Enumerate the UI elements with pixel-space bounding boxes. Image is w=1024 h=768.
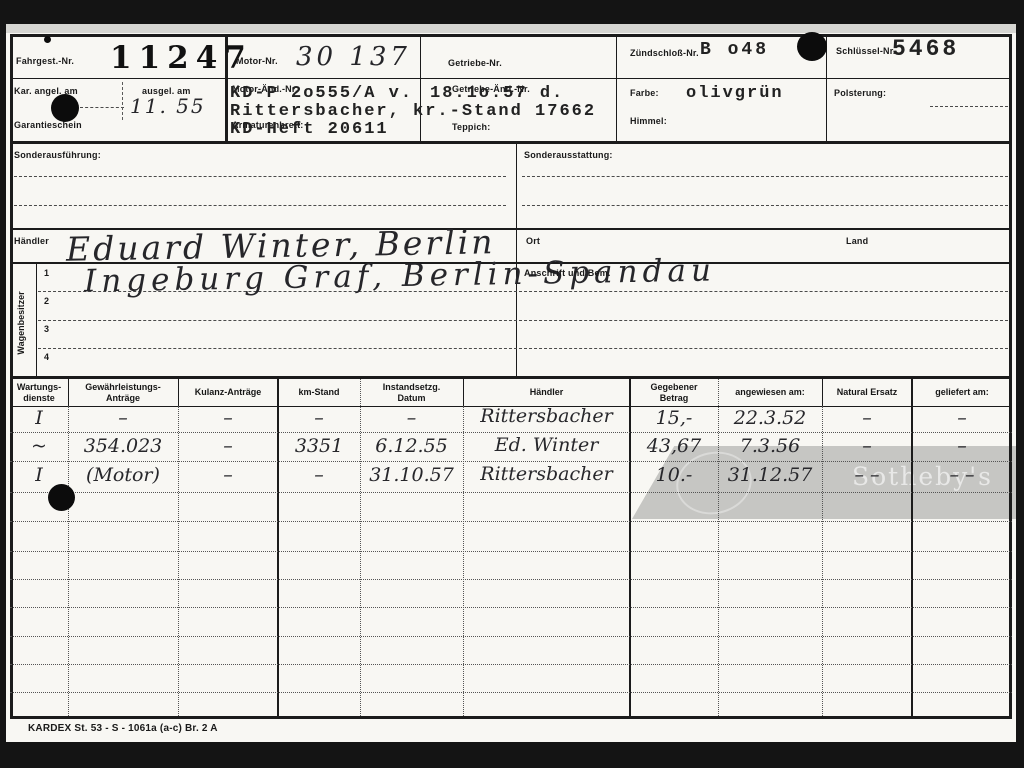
- table-row-line: [10, 551, 1012, 552]
- writing-line: [14, 205, 506, 206]
- cell-natural: – –: [822, 464, 912, 491]
- writing-line: [14, 176, 506, 177]
- frame-bottom-line: [10, 716, 1012, 719]
- col-header-kulanz: Kulanz-Anträge: [178, 380, 278, 406]
- cell-datum: –: [360, 407, 463, 434]
- cell-angewiesen: 22.3.52: [718, 407, 822, 434]
- cell-kulanz: –: [178, 435, 278, 462]
- cell-betrag: 15,-: [630, 407, 718, 434]
- cell-km: –: [278, 407, 360, 434]
- divider-line: [122, 82, 123, 120]
- cell-betrag: 43,67: [630, 435, 718, 462]
- cell-datum: 31.10.57: [360, 464, 463, 491]
- motor-nr-value: 30 137: [296, 42, 411, 72]
- cell-natural: –: [822, 407, 912, 434]
- zuendschloss-label: Zündschloß-Nr.: [630, 48, 699, 59]
- col-header-natural-ersatz: Natural Ersatz: [822, 380, 912, 406]
- cell-kulanz: –: [178, 407, 278, 434]
- table-row-line: [10, 636, 1012, 637]
- haendler-label: Händler: [14, 236, 49, 247]
- col-header-haendler: Händler: [463, 380, 630, 406]
- typed-rittersbacher-line: Rittersbacher, kr.-Stand 17662: [230, 102, 596, 121]
- sonderausstattung-label: Sonderausstattung:: [524, 150, 613, 161]
- schluessel-value: 5468: [892, 36, 959, 62]
- table-row-line: [10, 579, 1012, 580]
- land-label: Land: [846, 236, 868, 247]
- frame-top-line: [10, 34, 1012, 37]
- motor-nr-label: Motor-Nr.: [236, 56, 278, 67]
- writing-line: [930, 106, 1008, 107]
- cell-gewaehr: 354.023: [68, 435, 178, 462]
- cell-wartung: ~: [10, 435, 68, 462]
- writing-line: [80, 107, 124, 108]
- fahrgest-label: Fahrgest.-Nr.: [16, 56, 74, 67]
- divider-line: [420, 36, 421, 142]
- ausgel-value: 11. 55: [130, 94, 206, 118]
- cell-geliefert: –: [912, 407, 1012, 434]
- fahrgest-value: 11247: [110, 40, 253, 76]
- polsterung-label: Polsterung:: [834, 88, 886, 99]
- table-row-line: [10, 664, 1012, 665]
- cell-km: 3351: [278, 435, 360, 462]
- teppich-label: Teppich:: [452, 122, 490, 133]
- hole-punch-dot: [797, 32, 827, 61]
- hole-punch-dot: [51, 94, 79, 122]
- cell-haendler: Ed. Winter: [463, 434, 630, 461]
- cell-datum: 6.12.55: [360, 435, 463, 462]
- hole-punch-dot: [48, 484, 75, 511]
- cell-geliefert: – –: [912, 464, 1012, 491]
- scanned-kardex-page: Sotheby's Fahrgest.-: [0, 0, 1024, 768]
- divider-line: [10, 141, 1012, 144]
- anschrift-label: Anschrift und Bem.: [524, 268, 611, 279]
- typed-kd-heft-line: KD-Heft 20611: [230, 120, 389, 139]
- wagenbesitzer-side-label: Wagenbesitzer: [6, 268, 36, 378]
- cell-angewiesen: 31.12.57: [718, 464, 822, 491]
- table-row-line: [10, 607, 1012, 608]
- owner-row-number: 3: [44, 324, 49, 335]
- col-header-km-stand: km-Stand: [278, 380, 360, 406]
- schluessel-label: Schlüssel-Nr.: [836, 46, 896, 57]
- cell-haendler: Rittersbacher: [463, 463, 630, 490]
- form-number-footer: KARDEX St. 53 - S - 1061a (a-c) Br. 2 A: [28, 723, 218, 735]
- cell-gewaehr: (Motor): [68, 464, 178, 491]
- ort-label: Ort: [526, 236, 540, 247]
- table-row-line: [10, 692, 1012, 693]
- cell-gewaehr: –: [68, 407, 178, 434]
- zuendschloss-value: B o48: [700, 40, 769, 60]
- scan-gray-strip: [6, 24, 1016, 33]
- garantie-label: Garantieschein: [14, 120, 82, 131]
- owner-row-number: 1: [44, 268, 49, 279]
- writing-line: [38, 320, 1008, 321]
- col-header-instandsetzg-datum: Instandsetzg.Datum: [360, 380, 463, 406]
- typed-kd-p-line: KD-P 2o555/A v.: [230, 84, 413, 103]
- typed-date-line: 18.1o.57 d.: [430, 84, 564, 103]
- col-header-gegebener-betrag: GegebenerBetrag: [630, 380, 718, 406]
- col-header-geliefert-am: geliefert am:: [912, 380, 1012, 406]
- divider-line: [616, 36, 617, 142]
- writing-line: [38, 348, 1008, 349]
- divider-line: [36, 264, 37, 376]
- col-header-wartungsdienste: Wartungs-dienste: [10, 380, 68, 406]
- cell-angewiesen: 7.3.56: [718, 435, 822, 462]
- getriebe-nr-label: Getriebe-Nr.: [448, 58, 502, 69]
- sonderausfuehrung-label: Sonderausführung:: [14, 150, 101, 161]
- scan-dot: [44, 36, 51, 43]
- col-header-angewiesen-am: angewiesen am:: [718, 380, 822, 406]
- owner-row-number: 4: [44, 352, 49, 363]
- divider-line: [10, 376, 1012, 379]
- farbe-label: Farbe:: [630, 88, 659, 99]
- cell-natural: –: [822, 435, 912, 462]
- table-row-line: [10, 492, 1012, 493]
- cell-km: –: [278, 464, 360, 491]
- writing-line: [522, 205, 1008, 206]
- cell-wartung: I: [10, 407, 68, 434]
- cell-betrag: 10.-: [630, 464, 718, 491]
- cell-geliefert: –: [912, 435, 1012, 462]
- cell-haendler: Rittersbacher: [463, 405, 630, 432]
- divider-line: [10, 78, 1012, 79]
- table-row-line: [10, 521, 1012, 522]
- cell-kulanz: –: [178, 464, 278, 491]
- owner-row-number: 2: [44, 296, 49, 307]
- divider-line: [826, 36, 827, 142]
- writing-line: [522, 176, 1008, 177]
- farbe-value: olivgrün: [686, 84, 784, 103]
- himmel-label: Himmel:: [630, 116, 667, 127]
- col-header-gewaehrleistung: Gewährleistungs-Anträge: [68, 380, 178, 406]
